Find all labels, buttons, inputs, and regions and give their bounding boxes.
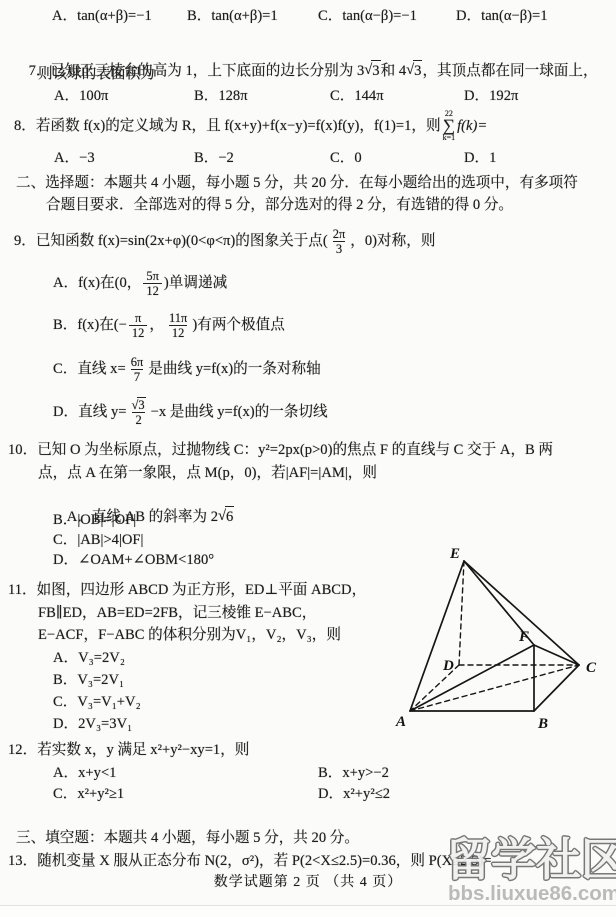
question-7-stem-line2: 则该球的表面积为 [38, 64, 155, 84]
q7-text-2: 和 4 [381, 63, 407, 79]
radicand: 6 [225, 506, 234, 527]
fraction: 11π12 [166, 311, 190, 340]
figure-dashed-edges [410, 561, 579, 711]
question-11-stem-line1: 11．如图，四边形 ABCD 为正方形，ED⊥平面 ABCD， [8, 580, 366, 600]
radicand: 3 [137, 397, 145, 412]
section-3-header: 三、填空题：本题共 4 小题，每小题 5 分，共 20 分。 [16, 828, 359, 848]
option-text: −x 是曲线 y=f(x)的一条切线 [151, 402, 328, 422]
radicand: 3 [371, 60, 380, 81]
sigma-icon: ∑ [443, 118, 455, 134]
radical-sign: √ [218, 506, 226, 526]
option-d: D．192π [464, 86, 518, 106]
option-a: A．tan(α+β)=−1 [52, 6, 152, 26]
option-d: D．1 [464, 148, 496, 168]
q12-options-row1: A．x+y<1 B．x+y>−2 [0, 763, 616, 783]
numerator: 11π [166, 311, 190, 325]
option-c: C．144π [330, 86, 384, 106]
fraction: 5π12 [143, 269, 162, 298]
denominator: 12 [143, 283, 162, 298]
option-text: C．直线 x= [53, 359, 126, 379]
summation-symbol: 22 ∑ k=1 [443, 110, 456, 142]
exam-page: A．tan(α+β)=−1 B．tan(α+β)=1 C．tan(α−β)=−1… [0, 0, 616, 917]
question-10-stem-line1: 10．已知 O 为坐标原点，过抛物线 C：y²=2px(p>0)的焦点 F 的直… [8, 440, 553, 460]
section-2-header-line2: 合题目要求．全部选对的得 5 分，部分选对的得 2 分，有选错的得 0 分。 [46, 195, 513, 215]
q11-solid-figure: E A B C D F [388, 538, 610, 738]
sqrt-radical: √3 [406, 60, 422, 81]
q11-option-c: C．V₃=V₁+V₂ [53, 692, 141, 712]
option-c: C．0 [330, 148, 362, 168]
radical-sign: √ [406, 60, 414, 80]
q11-option-a: A．V₃=2V₂ [53, 648, 125, 668]
denominator: 3 [333, 241, 345, 256]
q10-option-b: B．|OB|=|OF| [53, 510, 136, 530]
numerator: 2π [330, 227, 349, 241]
q9-text-1: 9．已知函数 f(x)=sin(2x+φ)(0<φ<π)的图象关于点( [14, 231, 328, 251]
question-10-stem-line2: 点，点 A 在第一象限，点 M(p，0)，若|AF|=|AM|，则 [38, 463, 377, 483]
option-b: B．128π [194, 86, 248, 106]
q7-text-3: ，其顶点都在同一球面上， [422, 63, 597, 79]
option-text: )单调递减 [164, 273, 227, 293]
fraction: 6π7 [128, 355, 147, 384]
q10-option-c: C．|AB|>4|OF| [53, 530, 143, 550]
q9-text-2: ，0)对称，则 [350, 231, 435, 251]
denominator: 2 [132, 412, 144, 427]
option-a: A．100π [54, 86, 108, 106]
question-13-stem: 13．随机变量 X 服从正态分布 N(2，σ²)，若 P(2<X≤2.5)=0.… [8, 851, 491, 871]
q8-text-2: f(k)= [457, 116, 487, 136]
vertex-label-c: C [586, 660, 597, 676]
question-11-stem-line3: E−ACF，F−ABC 的体积分别为V₁，V₂，V₃，则 [38, 625, 341, 645]
q11-option-b: B．V₃=2V₁ [53, 670, 124, 690]
q9-option-c: C．直线 x= 6π7 是曲线 y=f(x)的一条对称轴 [53, 352, 321, 386]
watermark-logo: 留学社区 [446, 834, 616, 888]
q9-option-b: B．f(x)在(− π12 ， 11π12 )有两个极值点 [53, 308, 285, 342]
q8-text-1: 8．若函数 f(x)的定义域为 R，且 f(x+y)+f(x−y)=f(x)f(… [14, 116, 441, 136]
question-8-options: A．−3 B．−2 C．0 D．1 [0, 148, 616, 168]
fraction-with-sqrt: √32 [129, 397, 149, 427]
vertex-label-a: A [395, 714, 406, 730]
scan-edge-line [0, 905, 616, 917]
q12-options-row2: C．x²+y²≥1 D．x²+y²≤2 [0, 784, 616, 804]
vertex-label-b: B [537, 716, 548, 732]
sum-lower-limit: k=1 [443, 134, 456, 142]
option-a: A．x+y<1 [53, 763, 116, 783]
option-b: B．−2 [194, 148, 234, 168]
vertex-label-f: F [518, 629, 529, 645]
q9-option-d: D．直线 y= √32 −x 是曲线 y=f(x)的一条切线 [53, 394, 328, 430]
option-a: A．−3 [54, 148, 95, 168]
option-b: B．x+y>−2 [318, 763, 389, 783]
option-text: 是曲线 y=f(x)的一条对称轴 [148, 359, 320, 379]
question-6-options: A．tan(α+β)=−1 B．tan(α+β)=1 C．tan(α−β)=−1… [0, 6, 616, 26]
question-7-options: A．100π B．128π C．144π D．192π [0, 86, 616, 106]
q9-option-a: A．f(x)在(0， 5π12 )单调递减 [53, 266, 227, 300]
numerator: π [132, 311, 144, 325]
option-b: B．tan(α+β)=1 [187, 6, 278, 26]
option-c: C．x²+y²≥1 [53, 784, 124, 804]
vertex-label-e: E [449, 546, 460, 562]
watermark-url: bbs.liuxue86.com [448, 882, 616, 906]
numerator: 6π [128, 355, 147, 369]
q10-option-d: D．∠OAM+∠OBM<180° [53, 550, 214, 570]
option-text: )有两个极值点 [192, 315, 284, 335]
denominator: 12 [129, 325, 148, 340]
denominator: 12 [169, 325, 188, 340]
denominator: 7 [131, 369, 143, 384]
option-text: ， [149, 315, 164, 335]
fraction: π12 [129, 311, 148, 340]
question-9-stem: 9．已知函数 f(x)=sin(2x+φ)(0<φ<π)的图象关于点( 2π3 … [14, 224, 435, 258]
option-c: C．tan(α−β)=−1 [318, 6, 417, 26]
question-8-stem: 8．若函数 f(x)的定义域为 R，且 f(x+y)+f(x−y)=f(x)f(… [14, 108, 487, 144]
option-d: D．tan(α−β)=1 [456, 6, 548, 26]
radical-sign: √ [364, 60, 372, 80]
option-d: D．x²+y²≤2 [318, 784, 390, 804]
numerator: √3 [129, 397, 149, 412]
q11-option-d: D．2V₃=3V₁ [53, 714, 132, 734]
vertex-label-d: D [442, 658, 454, 674]
numerator: 5π [143, 269, 162, 283]
question-11-stem-line2: FB∥ED，AB=ED=2FB，记三棱锥 E−ABC， [38, 603, 316, 623]
sqrt-radical: √6 [218, 506, 234, 527]
option-text: D．直线 y= [53, 402, 127, 422]
option-text: B．f(x)在(− [53, 315, 127, 335]
question-12-stem: 12．若实数 x，y 满足 x²+y²−xy=1，则 [8, 740, 249, 760]
sqrt-radical: √3 [364, 60, 380, 81]
section-2-header-line1: 二、选择题：本题共 4 小题，每小题 5 分，共 20 分．在每小题给出的选项中… [16, 173, 578, 193]
option-text: A．f(x)在(0， [53, 273, 141, 293]
fraction: 2π3 [330, 227, 349, 256]
figure-solid-edges [410, 561, 579, 711]
